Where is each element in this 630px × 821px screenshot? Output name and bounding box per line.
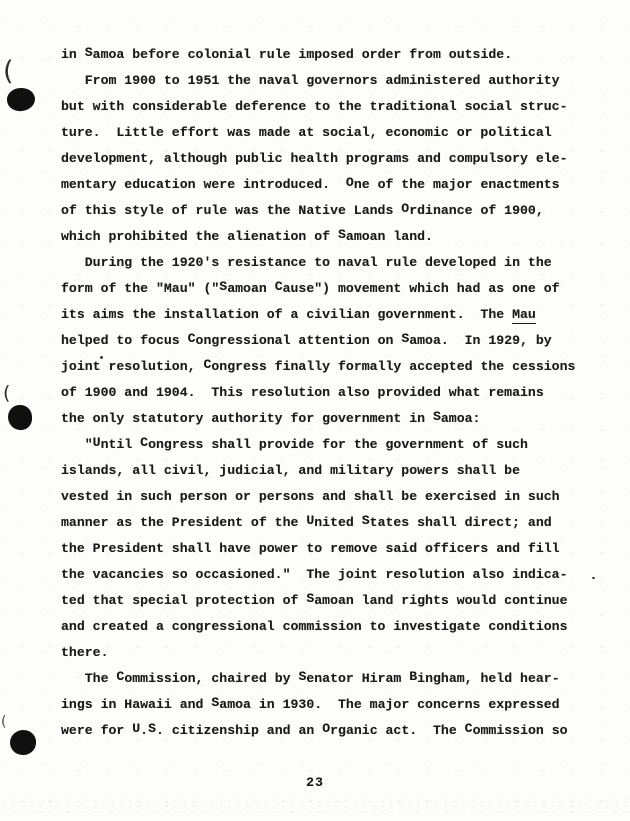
- text-line: helped to focus Congressional attention …: [61, 328, 575, 354]
- document-page: ( ( ( in Samoa before colonial rule impo…: [0, 0, 630, 821]
- text-line: vested in such person or persons and sha…: [61, 484, 575, 510]
- text-line: were for U.S. citizenship and an Organic…: [61, 718, 575, 744]
- text-line: the only statutory authority for governm…: [61, 406, 575, 432]
- text-line: The Commission, chaired by Senator Hiram…: [61, 666, 575, 692]
- text-line: islands, all civil, judicial, and milita…: [61, 458, 575, 484]
- text-line: ture. Little effort was made at social, …: [61, 120, 575, 146]
- text-line: its aims the installation of a civilian …: [61, 302, 575, 328]
- body-text: in Samoa before colonial rule imposed or…: [61, 42, 575, 744]
- underlined-word: Mau: [512, 307, 536, 324]
- scan-speck: [100, 356, 103, 359]
- text-line: form of the "Mau" ("Samoan Cause") movem…: [61, 276, 575, 302]
- text-line: development, although public health prog…: [61, 146, 575, 172]
- text-line: ted that special protection of Samoan la…: [61, 588, 575, 614]
- text-line: manner as the President of the United St…: [61, 510, 575, 536]
- ink-dot: [8, 405, 32, 430]
- text-line: mentary education were introduced. One o…: [61, 172, 575, 198]
- scan-speck: [592, 577, 595, 579]
- text-line: but with considerable deference to the t…: [61, 94, 575, 120]
- text-line: of this style of rule was the Native Lan…: [61, 198, 575, 224]
- text-line: which prohibited the alienation of Samoa…: [61, 224, 575, 250]
- scan-noise-band: [0, 797, 630, 813]
- text-line: there.: [61, 640, 575, 666]
- text-line: During the 1920's resistance to naval ru…: [61, 250, 575, 276]
- text-line: of 1900 and 1904. This resolution also p…: [61, 380, 575, 406]
- handwritten-paren-mark: (: [3, 58, 14, 85]
- text-line: "Until Congress shall provide for the go…: [61, 432, 575, 458]
- text-line: ings in Hawaii and Samoa in 1930. The ma…: [61, 692, 575, 718]
- handwritten-paren-mark: (: [3, 384, 10, 403]
- page-number: 23: [61, 770, 569, 796]
- text-line: the vacancies so occasioned." The joint …: [61, 562, 575, 588]
- ink-dot: [6, 86, 37, 112]
- text-line: From 1900 to 1951 the naval governors ad…: [61, 68, 575, 94]
- handwritten-paren-mark: (: [1, 715, 6, 729]
- text-line: in Samoa before colonial rule imposed or…: [61, 42, 575, 68]
- text-line: the President shall have power to remove…: [61, 536, 575, 562]
- ink-dot: [9, 729, 37, 756]
- text-line: and created a congressional commission t…: [61, 614, 575, 640]
- text-line: joint resolution, Congress finally forma…: [61, 354, 575, 380]
